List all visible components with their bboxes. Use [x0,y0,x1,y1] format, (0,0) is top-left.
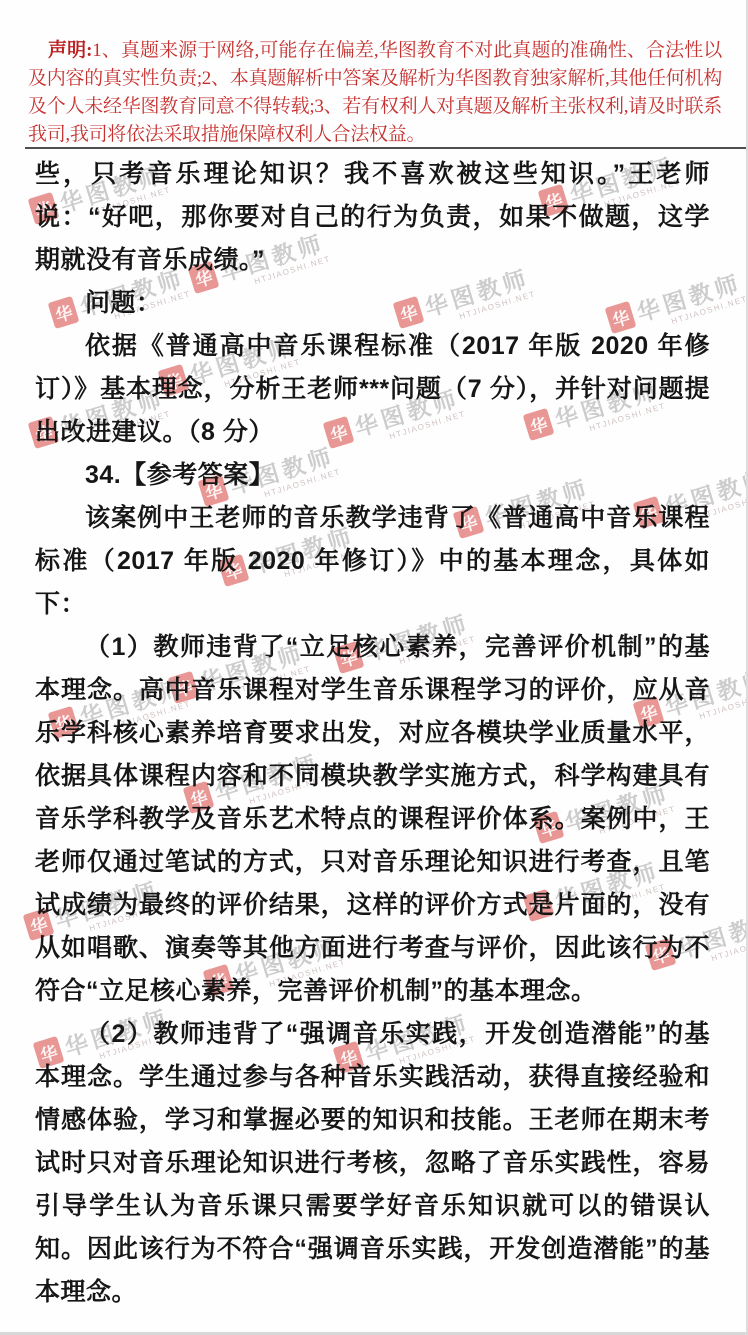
paragraph-5: 该案例中王老师的音乐教学违背了《普通高中音乐课程标准（2017 年版 2020 … [35,497,710,626]
paragraph-3: 依据《普通高中音乐课程标准（2017 年版 2020 年修订）》基本理念，分析王… [35,325,710,454]
paragraph-1: 些，只考音乐理论知识？我不喜欢被这些知识。”王老师说：“好吧，那你要对自己的行为… [35,153,710,282]
header-separator-line [25,147,746,149]
disclaimer: 声明:1、真题来源于网络,可能存在偏差,华图教育不对此真题的准确性、合法性以及内… [28,37,722,149]
paragraph-2: 问题： [35,282,710,325]
document-page: 华华图教师HTJIAOSHI.NET华华图教师HTJIAOSHI.NET华华图教… [0,0,748,1335]
paragraph-6: （1）教师违背了“立足核心素养，完善评价机制”的基本理念。高中音乐课程对学生音乐… [35,626,710,1013]
disclaimer-label: 声明: [48,40,92,61]
disclaimer-text: 1、真题来源于网络,可能存在偏差,华图教育不对此真题的准确性、合法性以及内容的真… [28,40,722,145]
watermark-subtext: HTJIAOSHI.NET [710,931,748,963]
document-body: 些，只考音乐理论知识？我不喜欢被这些知识。”王老师说：“好吧，那你要对自己的行为… [35,153,710,1314]
paragraph-7: （2）教师违背了“强调音乐实践，开发创造潜能”的基本理念。学生通过参与各种音乐实… [35,1013,710,1314]
paragraph-4: 34.【参考答案】 [35,454,710,497]
